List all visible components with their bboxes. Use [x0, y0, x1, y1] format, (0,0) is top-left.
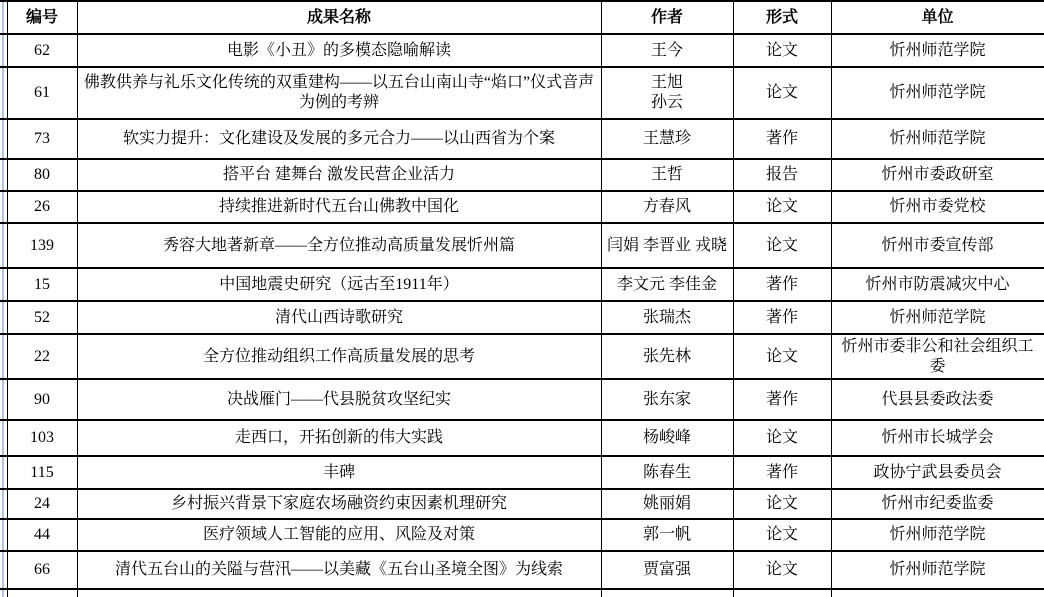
cell-name: 佛教供养与礼乐文化传统的双重建构——以五台山南山寺“焰口”仪式音声为例的考辨 [77, 67, 601, 119]
cell-id: 24 [7, 489, 77, 519]
cell-unit: 忻州市长城学会 [831, 420, 1044, 456]
table-row: 115 丰碑 陈春生 著作 政协宁武县委员会 [0, 456, 1044, 489]
cutoff-column-stub [0, 1, 7, 34]
cell-id [7, 589, 77, 597]
cell-form: 报告 [733, 159, 831, 191]
cutoff-column-stub [0, 67, 7, 119]
cell-id: 15 [7, 268, 77, 301]
cell-id: 62 [7, 34, 77, 67]
cell-form: 论文 [733, 191, 831, 223]
cell-author: 贾富强 [601, 551, 733, 589]
cell-form [733, 589, 831, 597]
cell-form: 论文 [733, 489, 831, 519]
cell-author [601, 589, 733, 597]
cell-form: 论文 [733, 420, 831, 456]
cell-unit: 忻州师范学院 [831, 301, 1044, 334]
header-cell-id: 编号 [7, 1, 77, 34]
cell-form: 论文 [733, 551, 831, 589]
results-table: 编号 成果名称 作者 形式 单位 62 电影《小丑》的多模态隐喻解读 王今 论文… [0, 0, 1044, 597]
table-row: 26 持续推进新时代五台山佛教中国化 方春风 论文 忻州市委党校 [0, 191, 1044, 223]
cell-author: 王今 [601, 34, 733, 67]
cutoff-column-stub [0, 519, 7, 551]
header-row: 编号 成果名称 作者 形式 单位 [0, 1, 1044, 34]
cell-id: 139 [7, 223, 77, 268]
cutoff-column-stub [0, 589, 7, 597]
table-row: 24 乡村振兴背景下家庭农场融资约束因素机理研究 姚丽娟 论文 忻州市纪委监委 [0, 489, 1044, 519]
cell-id: 90 [7, 379, 77, 420]
cell-id: 44 [7, 519, 77, 551]
cutoff-column-stub [0, 420, 7, 456]
cell-form: 论文 [733, 519, 831, 551]
cell-author: 郭一帆 [601, 519, 733, 551]
cell-form: 著作 [733, 268, 831, 301]
cell-author: 杨峻峰 [601, 420, 733, 456]
cell-id: 26 [7, 191, 77, 223]
cell-id: 115 [7, 456, 77, 489]
cell-name: 全方位推动组织工作高质量发展的思考 [77, 334, 601, 379]
cell-unit: 忻州市委非公和社会组织工委 [831, 334, 1044, 379]
cell-name: 持续推进新时代五台山佛教中国化 [77, 191, 601, 223]
cell-unit: 忻州市防震减灾中心 [831, 268, 1044, 301]
cell-unit: 忻州市纪委监委 [831, 489, 1044, 519]
cell-author: 张先林 [601, 334, 733, 379]
cell-name: 乡村振兴背景下家庭农场融资约束因素机理研究 [77, 489, 601, 519]
cell-name [77, 589, 601, 597]
cell-unit: 政协宁武县委员会 [831, 456, 1044, 489]
cell-name: 走西口，开拓创新的伟大实践 [77, 420, 601, 456]
header-cell-form: 形式 [733, 1, 831, 34]
cell-name: 软实力提升：文化建设及发展的多元合力——以山西省为个案 [77, 119, 601, 159]
cell-name: 清代山西诗歌研究 [77, 301, 601, 334]
table-row: 44 医疗领域人工智能的应用、风险及对策 郭一帆 论文 忻州师范学院 [0, 519, 1044, 551]
cutoff-column-stub [0, 268, 7, 301]
cell-unit: 忻州师范学院 [831, 519, 1044, 551]
cell-id: 52 [7, 301, 77, 334]
cell-name: 丰碑 [77, 456, 601, 489]
cell-author: 陈春生 [601, 456, 733, 489]
cell-id: 22 [7, 334, 77, 379]
partial-row [0, 589, 1044, 597]
cell-name: 电影《小丑》的多模态隐喻解读 [77, 34, 601, 67]
header-cell-name: 成果名称 [77, 1, 601, 34]
table-row: 52 清代山西诗歌研究 张瑞杰 著作 忻州师范学院 [0, 301, 1044, 334]
table-row: 103 走西口，开拓创新的伟大实践 杨峻峰 论文 忻州市长城学会 [0, 420, 1044, 456]
cell-author: 张瑞杰 [601, 301, 733, 334]
cell-name: 医疗领域人工智能的应用、风险及对策 [77, 519, 601, 551]
cutoff-column-stub [0, 119, 7, 159]
cell-form: 论文 [733, 34, 831, 67]
cutoff-column-stub [0, 551, 7, 589]
header-cell-unit: 单位 [831, 1, 1044, 34]
table-row: 139 秀容大地著新章——全方位推动高质量发展忻州篇 闫娟 李晋业 戎晓 论文 … [0, 223, 1044, 268]
cell-unit: 忻州师范学院 [831, 34, 1044, 67]
cell-author: 张东家 [601, 379, 733, 420]
table-row: 61 佛教供养与礼乐文化传统的双重建构——以五台山南山寺“焰口”仪式音声为例的考… [0, 67, 1044, 119]
cutoff-column-stub [0, 34, 7, 67]
cell-id: 73 [7, 119, 77, 159]
cell-form: 论文 [733, 223, 831, 268]
cutoff-column-stub [0, 223, 7, 268]
cell-author: 姚丽娟 [601, 489, 733, 519]
cutoff-column-stub [0, 379, 7, 420]
cell-author: 王旭 孙云 [601, 67, 733, 119]
cutoff-column-stub [0, 191, 7, 223]
cell-unit: 忻州师范学院 [831, 551, 1044, 589]
cell-form: 著作 [733, 456, 831, 489]
cell-author: 方春风 [601, 191, 733, 223]
cell-author: 闫娟 李晋业 戎晓 [601, 223, 733, 268]
table-row: 22 全方位推动组织工作高质量发展的思考 张先林 论文 忻州市委非公和社会组织工… [0, 334, 1044, 379]
cell-author: 王哲 [601, 159, 733, 191]
cell-unit: 忻州市委政研室 [831, 159, 1044, 191]
cell-unit: 忻州师范学院 [831, 119, 1044, 159]
cell-form: 著作 [733, 119, 831, 159]
cell-unit: 忻州市委党校 [831, 191, 1044, 223]
cell-author: 王慧珍 [601, 119, 733, 159]
cell-form: 论文 [733, 334, 831, 379]
table-row: 15 中国地震史研究（远古至1911年） 李文元 李佳金 著作 忻州市防震减灾中… [0, 268, 1044, 301]
cell-form: 著作 [733, 379, 831, 420]
cell-form: 著作 [733, 301, 831, 334]
table-row: 80 搭平台 建舞台 激发民营企业活力 王哲 报告 忻州市委政研室 [0, 159, 1044, 191]
cutoff-column-stub [0, 489, 7, 519]
cell-unit [831, 589, 1044, 597]
cell-name: 决战雁门——代县脱贫攻坚纪实 [77, 379, 601, 420]
cell-id: 80 [7, 159, 77, 191]
cutoff-column-stub [0, 334, 7, 379]
cell-unit: 忻州市委宣传部 [831, 223, 1044, 268]
cell-name: 搭平台 建舞台 激发民营企业活力 [77, 159, 601, 191]
table-row: 73 软实力提升：文化建设及发展的多元合力——以山西省为个案 王慧珍 著作 忻州… [0, 119, 1044, 159]
cell-author: 李文元 李佳金 [601, 268, 733, 301]
cutoff-column-stub [0, 159, 7, 191]
cutoff-column-stub [0, 301, 7, 334]
document-sheet: 编号 成果名称 作者 形式 单位 62 电影《小丑》的多模态隐喻解读 王今 论文… [0, 0, 1044, 597]
cell-form: 论文 [733, 67, 831, 119]
cell-id: 103 [7, 420, 77, 456]
table-row: 90 决战雁门——代县脱贫攻坚纪实 张东家 著作 代县县委政法委 [0, 379, 1044, 420]
table-row: 62 电影《小丑》的多模态隐喻解读 王今 论文 忻州师范学院 [0, 34, 1044, 67]
cell-id: 66 [7, 551, 77, 589]
cell-unit: 忻州师范学院 [831, 67, 1044, 119]
table-row: 66 清代五台山的关隘与营汛——以美藏《五台山圣境全图》为线索 贾富强 论文 忻… [0, 551, 1044, 589]
cell-id: 61 [7, 67, 77, 119]
cell-name: 中国地震史研究（远古至1911年） [77, 268, 601, 301]
cell-name: 秀容大地著新章——全方位推动高质量发展忻州篇 [77, 223, 601, 268]
header-cell-author: 作者 [601, 1, 733, 34]
cell-unit: 代县县委政法委 [831, 379, 1044, 420]
cell-name: 清代五台山的关隘与营汛——以美藏《五台山圣境全图》为线索 [77, 551, 601, 589]
cutoff-column-stub [0, 456, 7, 489]
